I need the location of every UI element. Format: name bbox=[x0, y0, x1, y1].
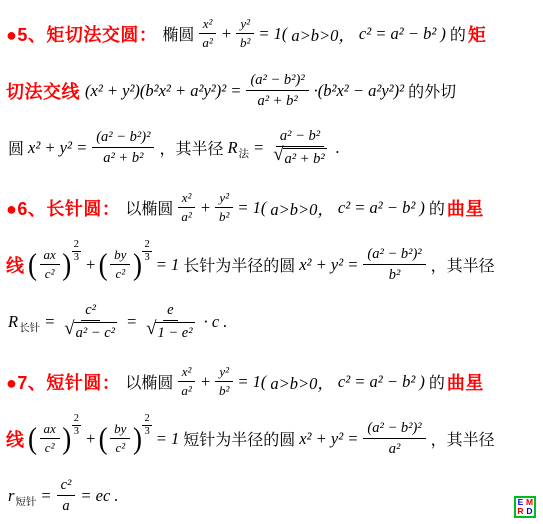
watermark-logo: E M R D bbox=[514, 496, 536, 518]
square-root: √a² − c² bbox=[64, 322, 117, 342]
math-text: by bbox=[114, 247, 126, 263]
math-text: ) bbox=[440, 24, 446, 44]
radical-sign-icon: √ bbox=[64, 320, 74, 339]
exponent-fraction: 23 bbox=[142, 413, 151, 438]
math-text: b² bbox=[219, 209, 229, 225]
math-text: a>b>0， bbox=[270, 196, 334, 220]
big-paren-glyph: ) bbox=[62, 249, 71, 280]
math-text: R bbox=[8, 312, 18, 332]
math-text: x² + y² = bbox=[28, 138, 87, 158]
body-text: 以椭圆 bbox=[125, 370, 173, 393]
math-text: (x² + y²)(b²x² + a²y²)² = bbox=[85, 81, 241, 101]
math-text: + bbox=[221, 24, 232, 44]
red-heading-text: 切法交线 bbox=[6, 78, 80, 104]
fraction: axc² bbox=[40, 421, 60, 457]
math-text: a>b>0， bbox=[291, 22, 355, 46]
body-text: 的外切 bbox=[408, 79, 456, 102]
fraction-denominator: c² bbox=[41, 439, 59, 456]
math-text: y² bbox=[240, 16, 250, 32]
body-text: 短针为半径的圆 bbox=[183, 427, 295, 450]
fraction-numerator: by bbox=[110, 421, 130, 439]
fraction-numerator: (a² − b²)² bbox=[92, 128, 154, 148]
square-root: √1 − e² bbox=[146, 322, 194, 342]
square-root: √a² + b² bbox=[273, 148, 327, 168]
formula-line-s6-1: ●6、长针圆：以椭圆x²a²+y²b²= 1(a>b>0，c² = a² − b… bbox=[6, 179, 541, 236]
fraction-numerator: (a² − b²)² bbox=[363, 245, 425, 265]
math-text: . bbox=[336, 138, 340, 158]
big-paren-glyph: ( bbox=[28, 423, 37, 454]
fraction-numerator: x² bbox=[178, 364, 196, 382]
red-heading-text: 曲星 bbox=[447, 369, 484, 395]
fraction-denominator: √1 − e² bbox=[142, 321, 198, 342]
red-heading-text: ●7、短针圆： bbox=[6, 369, 120, 395]
fraction-denominator: a² + b² bbox=[99, 148, 147, 167]
math-text: = bbox=[126, 312, 137, 332]
big-paren-glyph: ) bbox=[133, 249, 142, 280]
big-paren-glyph: ( bbox=[99, 249, 108, 280]
radicand: 1 − e² bbox=[155, 322, 194, 342]
math-text: (a² − b²)² bbox=[96, 128, 150, 146]
fraction-denominator: a² + b² bbox=[253, 91, 301, 110]
fraction-denominator: b² bbox=[215, 382, 233, 399]
fraction: a² − b²√a² + b² bbox=[269, 127, 331, 168]
math-text: a>b>0， bbox=[270, 370, 334, 394]
math-text: · c . bbox=[204, 312, 228, 332]
formula-line-s5-3: 圆x² + y² =(a² − b²)²a² + b²，其半径R法=a² − b… bbox=[6, 119, 541, 176]
fraction: c²a bbox=[57, 476, 76, 515]
math-text: c² = a² − b² bbox=[338, 198, 415, 218]
math-text: = bbox=[40, 486, 51, 506]
cjk-subscript: 长针 bbox=[19, 320, 40, 335]
math-text: a² bbox=[181, 383, 191, 399]
red-heading-text: 线 bbox=[6, 252, 25, 278]
math-text: b² bbox=[240, 35, 250, 51]
math-text: R bbox=[227, 138, 237, 158]
radical-sign-icon: √ bbox=[146, 320, 156, 339]
math-text: = 1( bbox=[258, 24, 287, 44]
exponent-fraction: 23 bbox=[142, 239, 151, 264]
fraction-denominator: a² bbox=[198, 34, 216, 51]
fraction-denominator: b² bbox=[215, 208, 233, 225]
fraction-numerator: ax bbox=[40, 247, 60, 265]
fraction-denominator: c² bbox=[41, 265, 59, 282]
fraction: c²√a² − c² bbox=[60, 301, 121, 342]
formula-line-s5-1: ●5、矩切法交圆：椭圆x²a²+y²b²= 1(a>b>0，c² = a² − … bbox=[6, 5, 541, 62]
fraction-numerator: x² bbox=[178, 190, 196, 208]
math-text: y² bbox=[219, 364, 229, 380]
math-text: a² + b² bbox=[103, 149, 143, 167]
formula-line-s6-3: R长针=c²√a² − c²=e√1 − e²· c . bbox=[6, 293, 541, 350]
formula-line-s6-2: 线(axc²)23+(byc²)23= 1长针为半径的圆x² + y² =(a²… bbox=[6, 236, 541, 293]
math-text: a² bbox=[181, 209, 191, 225]
math-text: = 1( bbox=[237, 372, 266, 392]
body-text: ，其半径 bbox=[159, 136, 223, 159]
exponent-denominator: 3 bbox=[144, 252, 149, 264]
math-text: ·(b²x² − a²y²)² bbox=[314, 81, 404, 101]
exponent-numerator: 2 bbox=[72, 239, 81, 252]
exponent-denominator: 3 bbox=[74, 426, 79, 438]
red-heading-text: ●5、矩切法交圆： bbox=[6, 21, 157, 47]
body-text: ，其半径 bbox=[431, 427, 495, 450]
body-text: 以椭圆 bbox=[125, 196, 173, 219]
math-text: ) bbox=[419, 372, 425, 392]
fraction-denominator: b² bbox=[385, 265, 405, 284]
math-text: a bbox=[62, 497, 69, 515]
fraction-denominator: c² bbox=[111, 265, 129, 282]
big-paren-glyph: ( bbox=[99, 423, 108, 454]
math-text: = 1 bbox=[156, 255, 180, 275]
fraction: (a² − b²)²a² + b² bbox=[92, 128, 154, 167]
document-content: ●5、矩切法交圆：椭圆x²a²+y²b²= 1(a>b>0，c² = a² − … bbox=[6, 5, 541, 524]
fraction: byc² bbox=[110, 421, 130, 457]
body-text: 的 bbox=[429, 370, 445, 393]
body-text: 椭圆 bbox=[162, 22, 194, 45]
red-heading-text: 矩 bbox=[468, 21, 487, 47]
math-text: a² bbox=[389, 440, 401, 458]
logo-letter-d: D bbox=[526, 507, 532, 516]
fraction-numerator: by bbox=[110, 247, 130, 265]
fraction-numerator: ax bbox=[40, 421, 60, 439]
fraction-numerator: c² bbox=[57, 476, 76, 496]
math-text: ) bbox=[419, 198, 425, 218]
math-text: c² bbox=[85, 301, 96, 319]
math-text: = 1( bbox=[237, 198, 266, 218]
body-text: 的 bbox=[450, 22, 466, 45]
math-text: = bbox=[44, 312, 55, 332]
math-text: b² bbox=[389, 266, 401, 284]
math-text: by bbox=[114, 421, 126, 437]
math-text: c² bbox=[61, 476, 72, 494]
fraction-numerator: (a² − b²)² bbox=[363, 419, 425, 439]
symbol-with-subscript: R法 bbox=[227, 138, 249, 158]
math-text: y² bbox=[219, 190, 229, 206]
math-text: x² bbox=[182, 364, 192, 380]
formula-line-s5-2: 切法交线(x² + y²)(b²x² + a²y²)² =(a² − b²)²a… bbox=[6, 62, 541, 119]
exponent-denominator: 3 bbox=[74, 252, 79, 264]
cjk-subscript: 法 bbox=[239, 146, 250, 161]
math-text: c² bbox=[45, 266, 55, 282]
fraction: byc² bbox=[110, 247, 130, 283]
math-text: x² bbox=[182, 190, 192, 206]
fraction-numerator: c² bbox=[81, 301, 100, 321]
math-text: c² = a² − b² bbox=[338, 372, 415, 392]
body-text: ，其半径 bbox=[431, 253, 495, 276]
math-text: = bbox=[253, 138, 264, 158]
fraction: x²a² bbox=[177, 364, 195, 400]
body-text: 的 bbox=[429, 196, 445, 219]
fraction-numerator: y² bbox=[215, 364, 233, 382]
body-text: 圆 bbox=[8, 136, 24, 159]
symbol-with-subscript: R长针 bbox=[8, 312, 40, 332]
fraction-denominator: √a² − c² bbox=[60, 321, 121, 342]
fraction: x²a² bbox=[177, 190, 195, 226]
math-text: + bbox=[85, 429, 96, 449]
formula-line-s7-3: r短针=c²a= ec . bbox=[6, 467, 541, 524]
fraction-numerator: y² bbox=[215, 190, 233, 208]
math-text: c² bbox=[115, 440, 125, 456]
fraction-denominator: a bbox=[58, 496, 73, 515]
fraction-denominator: a² bbox=[177, 382, 195, 399]
fraction-denominator: c² bbox=[111, 439, 129, 456]
fraction-denominator: √a² + b² bbox=[269, 147, 331, 168]
math-text: = 1 bbox=[156, 429, 180, 449]
fraction: (a² − b²)²a² + b² bbox=[246, 71, 308, 110]
exponent-fraction: 23 bbox=[72, 413, 81, 438]
math-text: + bbox=[200, 198, 211, 218]
fraction-numerator: e bbox=[163, 301, 177, 321]
document-page: ●5、矩切法交圆：椭圆x²a²+y²b²= 1(a>b>0，c² = a² − … bbox=[0, 0, 543, 524]
math-text: (a² − b²)² bbox=[367, 419, 421, 437]
math-text: (a² − b²)² bbox=[367, 245, 421, 263]
logo-letter-r: R bbox=[517, 507, 523, 516]
exponent-numerator: 2 bbox=[142, 413, 151, 426]
fraction: e√1 − e² bbox=[142, 301, 198, 342]
fraction-numerator: (a² − b²)² bbox=[246, 71, 308, 91]
fraction: y²b² bbox=[215, 364, 233, 400]
math-text: (a² − b²)² bbox=[250, 71, 304, 89]
red-heading-text: 曲星 bbox=[447, 195, 484, 221]
fraction-denominator: a² bbox=[177, 208, 195, 225]
big-paren-glyph: ( bbox=[28, 249, 37, 280]
math-text: r bbox=[8, 486, 14, 506]
red-heading-text: ●6、长针圆： bbox=[6, 195, 120, 221]
fraction: axc² bbox=[40, 247, 60, 283]
math-text: ax bbox=[44, 421, 56, 437]
math-text: x² + y² = bbox=[299, 429, 358, 449]
exponent-fraction: 23 bbox=[72, 239, 81, 264]
math-text: x² bbox=[203, 16, 213, 32]
math-text: e bbox=[167, 301, 173, 319]
red-heading-text: 线 bbox=[6, 426, 25, 452]
math-text: a² bbox=[202, 35, 212, 51]
math-text: ax bbox=[44, 247, 56, 263]
symbol-with-subscript: r短针 bbox=[8, 486, 36, 506]
fraction-numerator: y² bbox=[236, 16, 254, 34]
math-text: x² + y² = bbox=[299, 255, 358, 275]
radicand: a² + b² bbox=[283, 148, 327, 168]
exponent-numerator: 2 bbox=[72, 413, 81, 426]
math-text: + bbox=[200, 372, 211, 392]
formula-line-s7-2: 线(axc²)23+(byc²)23= 1短针为半径的圆x² + y² =(a²… bbox=[6, 410, 541, 467]
math-text: a² + b² bbox=[257, 92, 297, 110]
fraction-numerator: x² bbox=[199, 16, 217, 34]
exponent-numerator: 2 bbox=[142, 239, 151, 252]
math-text: + bbox=[85, 255, 96, 275]
math-text: b² bbox=[219, 383, 229, 399]
math-text: c² bbox=[45, 440, 55, 456]
radicand: a² − c² bbox=[74, 322, 117, 342]
big-paren-glyph: ) bbox=[133, 423, 142, 454]
math-text: c² = a² − b² bbox=[359, 24, 436, 44]
fraction: (a² − b²)²b² bbox=[363, 245, 425, 284]
math-text: = ec . bbox=[80, 486, 118, 506]
fraction: y²b² bbox=[236, 16, 254, 52]
cjk-subscript: 短针 bbox=[15, 494, 36, 509]
fraction-denominator: b² bbox=[236, 34, 254, 51]
math-text: a² − b² bbox=[280, 127, 320, 145]
exponent-denominator: 3 bbox=[144, 426, 149, 438]
big-paren-glyph: ) bbox=[62, 423, 71, 454]
fraction: y²b² bbox=[215, 190, 233, 226]
body-text: 长针为半径的圆 bbox=[183, 253, 295, 276]
radical-sign-icon: √ bbox=[273, 146, 283, 165]
fraction: (a² − b²)²a² bbox=[363, 419, 425, 458]
formula-line-s7-1: ●7、短针圆：以椭圆x²a²+y²b²= 1(a>b>0，c² = a² − b… bbox=[6, 353, 541, 410]
fraction-denominator: a² bbox=[385, 439, 405, 458]
fraction: x²a² bbox=[198, 16, 216, 52]
math-text: c² bbox=[115, 266, 125, 282]
